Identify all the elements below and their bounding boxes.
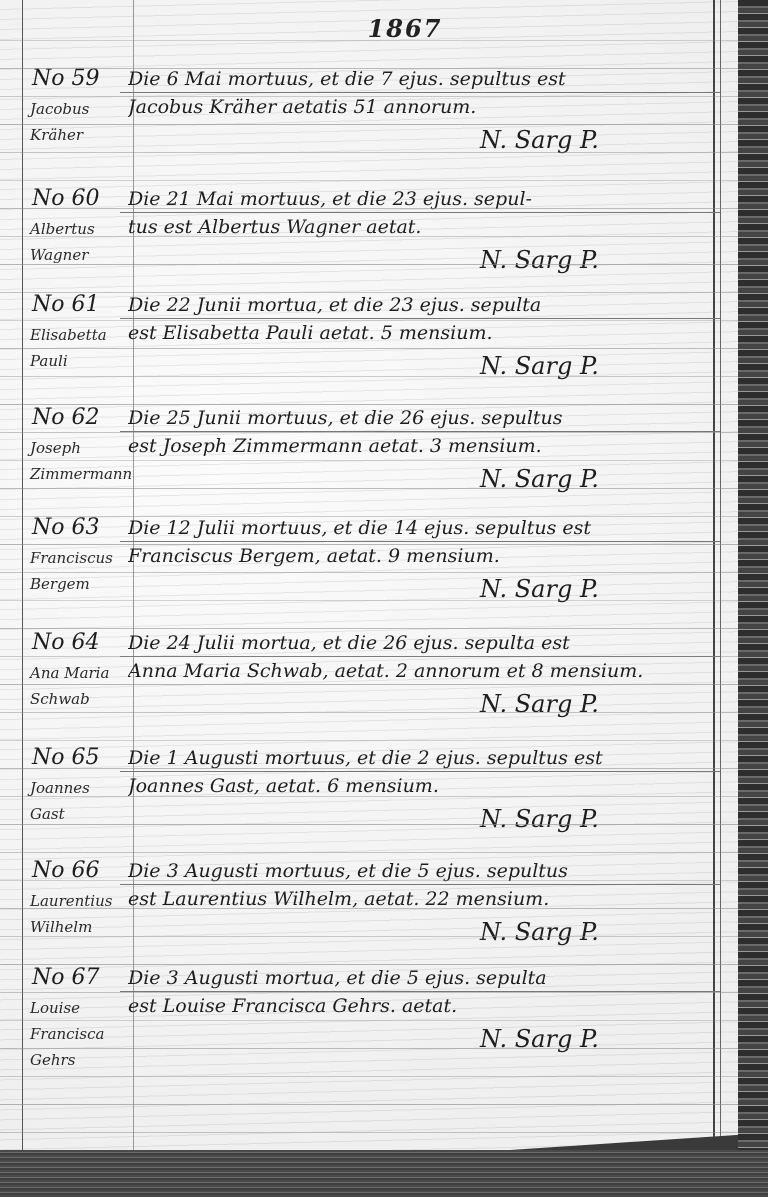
ledger-rule [0, 740, 740, 741]
ledger-rule [0, 320, 740, 321]
ledger-rule [0, 68, 740, 69]
ledger-rule [0, 1132, 740, 1133]
entry-text-line-2: Anna Maria Schwab, aetat. 2 annorum et 8… [128, 660, 708, 682]
ledger-rule [0, 264, 740, 265]
ledger-rule [0, 432, 740, 433]
ledger-rule [0, 152, 740, 153]
margin-name-line: Ana Maria [30, 660, 130, 686]
entry-text-line-2: est Laurentius Wilhelm, aetat. 22 mensiu… [128, 888, 708, 910]
entry-text-line-1: Die 12 Julii mortuus, et die 14 ejus. se… [128, 517, 708, 539]
ledger-rule [0, 572, 740, 573]
ledger-rule [0, 40, 740, 41]
margin-name-line: Zimmermann [30, 461, 130, 487]
entry-number: No 64 [32, 630, 99, 655]
margin-name: LaurentiusWilhelm [30, 888, 130, 940]
entry-number: No 65 [32, 745, 99, 770]
register-page: 1867 No 59JacobusKräherDie 6 Mai mortuus… [0, 0, 740, 1182]
priest-signature: N. Sarg P. [480, 918, 599, 946]
ledger-rule [0, 348, 740, 349]
entry-number: No 63 [32, 515, 99, 540]
priest-signature: N. Sarg P. [480, 126, 599, 154]
entry-text-line-1: Die 25 Junii mortuus, et die 26 ejus. se… [128, 407, 708, 429]
ledger-rule [0, 1048, 740, 1049]
entry-text-line-1: Die 24 Julii mortua, et die 26 ejus. sep… [128, 632, 708, 654]
ledger-rule [0, 712, 740, 713]
ledger-rule [0, 124, 740, 125]
ruled-line [120, 884, 720, 885]
ledger-rule [0, 656, 740, 657]
entry-number: No 67 [32, 965, 99, 990]
margin-name-line: Bergem [30, 571, 130, 597]
margin-name-line: Francisca [30, 1021, 130, 1047]
entry-text-line-1: Die 3 Augusti mortuus, et die 5 ejus. se… [128, 860, 708, 882]
margin-name-line: Albertus [30, 216, 130, 242]
entry-text-line-2: Joannes Gast, aetat. 6 mensium. [128, 775, 708, 797]
margin-name-line: Pauli [30, 348, 130, 374]
entry-text-line-2: est Elisabetta Pauli aetat. 5 mensium. [128, 322, 708, 344]
margin-name-line: Laurentius [30, 888, 130, 914]
ledger-rule [0, 628, 740, 629]
priest-signature: N. Sarg P. [480, 575, 599, 603]
margin-name-line: Jacobus [30, 96, 130, 122]
ruled-line [120, 771, 720, 772]
margin-name: LouiseFranciscaGehrs [30, 995, 130, 1073]
ledger-rule [0, 516, 740, 517]
scan-edge-bottom [0, 1150, 768, 1197]
ledger-rule [0, 880, 740, 881]
entry-text-line-2: tus est Albertus Wagner aetat. [128, 216, 708, 238]
ledger-rule [0, 180, 740, 181]
register-entry: No 62JosephZimmermannDie 25 Junii mortuu… [0, 405, 740, 517]
margin-name-line: Franciscus [30, 545, 130, 571]
scan-edge-right [738, 0, 768, 1197]
entry-number: No 62 [32, 405, 99, 430]
margin-name: JacobusKräher [30, 96, 130, 148]
margin-name-line: Gehrs [30, 1047, 130, 1073]
margin-name-line: Kräher [30, 122, 130, 148]
margin-name: JosephZimmermann [30, 435, 130, 487]
entry-text-line-2: est Joseph Zimmermann aetat. 3 mensium. [128, 435, 708, 457]
entry-text-line-1: Die 6 Mai mortuus, et die 7 ejus. sepult… [128, 68, 708, 90]
ruled-line [120, 541, 720, 542]
margin-name-line: Joseph [30, 435, 130, 461]
ledger-rule [0, 208, 740, 209]
ledger-rule [0, 684, 740, 685]
margin-name-line: Elisabetta [30, 322, 130, 348]
entry-text-line-2: est Louise Francisca Gehrs. aetat. [128, 995, 708, 1017]
ledger-rule [0, 488, 740, 489]
entry-text-line-1: Die 3 Augusti mortua, et die 5 ejus. sep… [128, 967, 708, 989]
register-entry: No 59JacobusKräherDie 6 Mai mortuus, et … [0, 66, 740, 178]
entry-number: No 59 [32, 66, 99, 91]
ruled-line [120, 92, 720, 93]
ledger-rule [0, 1104, 740, 1105]
ledger-rule [0, 768, 740, 769]
entry-number: No 61 [32, 292, 99, 317]
page-header-year: 1867 [355, 14, 455, 43]
margin-name: JoannesGast [30, 775, 130, 827]
margin-name: FranciscusBergem [30, 545, 130, 597]
priest-signature: N. Sarg P. [480, 690, 599, 718]
register-entry: No 66LaurentiusWilhelmDie 3 Augusti mort… [0, 858, 740, 970]
ledger-rule [0, 460, 740, 461]
entry-text-line-1: Die 1 Augusti mortuus, et die 2 ejus. se… [128, 747, 708, 769]
ledger-rule [0, 1076, 740, 1077]
ledger-rule [0, 600, 740, 601]
entry-text-line-1: Die 21 Mai mortuus, et die 23 ejus. sepu… [128, 188, 708, 210]
ledger-rule [0, 1020, 740, 1021]
margin-name-line: Joannes [30, 775, 130, 801]
entry-text-line-2: Jacobus Kräher aetatis 51 annorum. [128, 96, 708, 118]
margin-name-line: Louise [30, 995, 130, 1021]
register-entry: No 67LouiseFranciscaGehrsDie 3 Augusti m… [0, 965, 740, 1077]
ledger-rule [0, 404, 740, 405]
ledger-rule [0, 96, 740, 97]
ledger-rule [0, 964, 740, 965]
priest-signature: N. Sarg P. [480, 805, 599, 833]
margin-name: AlbertusWagner [30, 216, 130, 268]
priest-signature: N. Sarg P. [480, 246, 599, 274]
register-entry: No 60AlbertusWagnerDie 21 Mai mortuus, e… [0, 186, 740, 298]
ruled-line [120, 318, 720, 319]
register-entry: No 63FranciscusBergemDie 12 Julii mortuu… [0, 515, 740, 627]
ledger-rule [0, 908, 740, 909]
ledger-rule [0, 236, 740, 237]
ruled-line [120, 212, 720, 213]
margin-name-line: Schwab [30, 686, 130, 712]
margin-name: Ana MariaSchwab [30, 660, 130, 712]
register-entry: No 64Ana MariaSchwabDie 24 Julii mortua,… [0, 630, 740, 742]
ledger-rule [0, 852, 740, 853]
ledger-rule [0, 544, 740, 545]
entry-text-line-2: Franciscus Bergem, aetat. 9 mensium. [128, 545, 708, 567]
ledger-rule [0, 824, 740, 825]
ledger-rule [0, 936, 740, 937]
entry-text-line-1: Die 22 Junii mortua, et die 23 ejus. sep… [128, 294, 708, 316]
register-entry: No 65JoannesGastDie 1 Augusti mortuus, e… [0, 745, 740, 857]
ledger-rule [0, 796, 740, 797]
ledger-rule [0, 292, 740, 293]
ledger-rule [0, 376, 740, 377]
ledger-rule [0, 992, 740, 993]
